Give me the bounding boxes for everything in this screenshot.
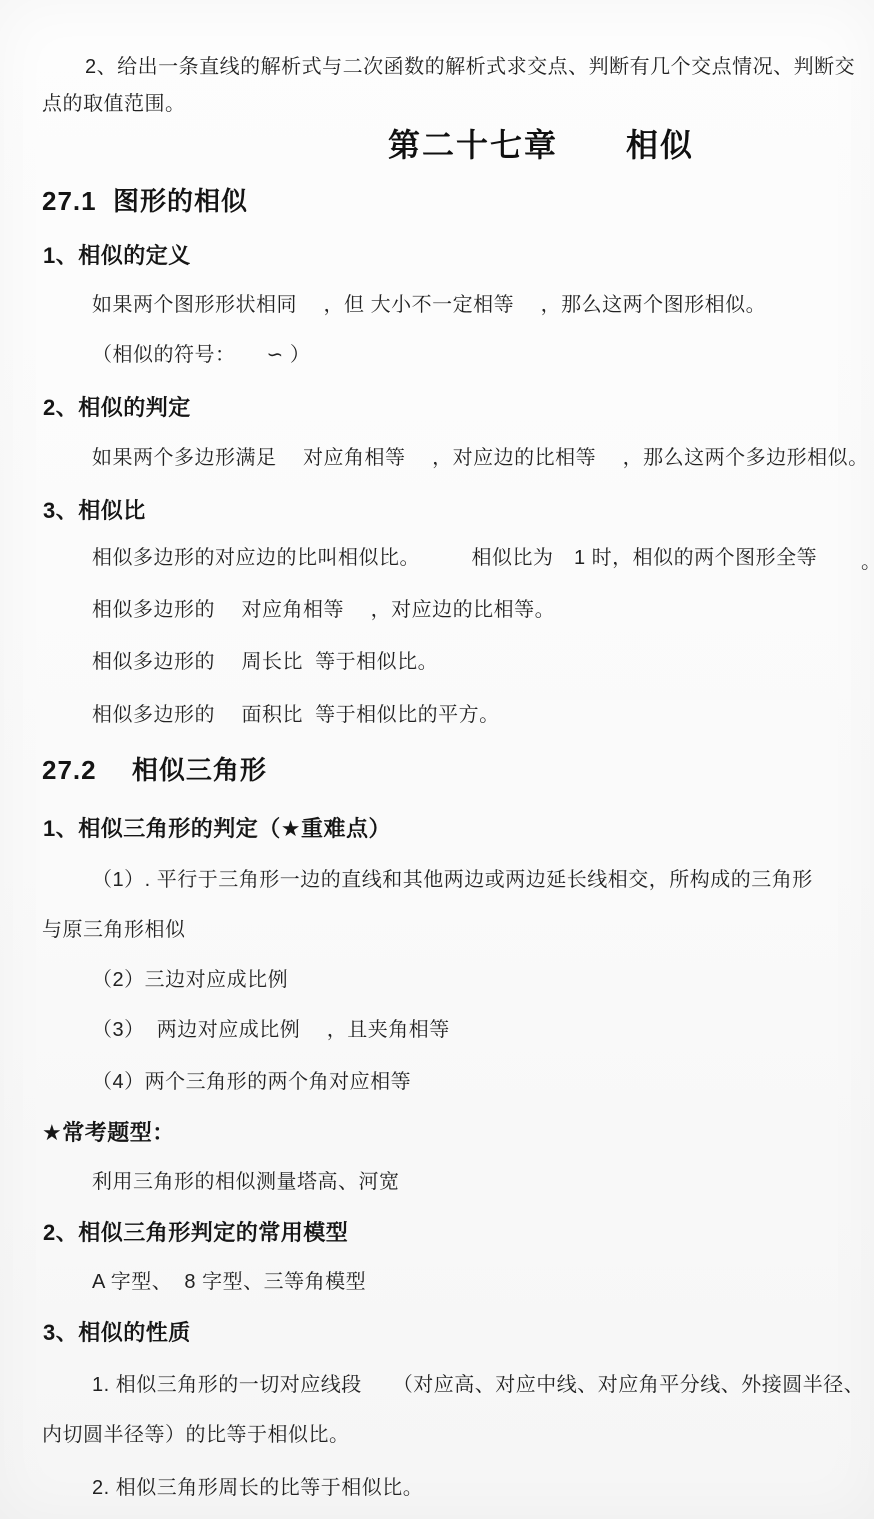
body-text-line: （4）两个三角形的两个角对应相等 xyxy=(92,1070,411,1094)
subsection-heading: 3、相似比 xyxy=(43,498,146,524)
section-heading: 27.1 图形的相似 xyxy=(42,186,248,217)
body-text-line: 相似多边形的 对应角相等 ，对应边的比相等。 xyxy=(92,598,555,622)
body-text-line: （相似的符号： ∽ ） xyxy=(92,343,310,367)
body-text-line: 2. 相似三角形周长的比等于相似比。 xyxy=(92,1476,423,1500)
section-heading: 27.2 相似三角形 xyxy=(42,755,267,786)
subsection-heading: 1、相似三角形的判定（★重难点） xyxy=(43,816,391,842)
body-text-line: A 字型、 8 字型、三等角模型 xyxy=(92,1270,366,1294)
subsection-heading: 2、相似的判定 xyxy=(43,395,191,421)
subsection-heading: 3、相似的性质 xyxy=(43,1320,191,1346)
body-text-line: 1. 相似三角形的一切对应线段 （对应高、对应中线、对应角平分线、外接圆半径、 xyxy=(92,1373,864,1397)
chapter-title: 第二十七章 相似 xyxy=(388,126,694,164)
body-text-line: 内切圆半径等）的比等于相似比。 xyxy=(42,1423,350,1447)
body-text-line: 相似多边形的 周长比 等于相似比。 xyxy=(92,650,438,674)
body-text-line: 与原三角形相似 xyxy=(42,918,186,942)
subsection-heading: 1、相似的定义 xyxy=(43,243,191,269)
subsection-heading: 2、相似三角形判定的常用模型 xyxy=(43,1220,348,1246)
body-text-line: 如果两个多边形满足 对应角相等 ，对应边的比相等 ，那么这两个多边形相似。 xyxy=(92,446,869,470)
body-text-line: 点的取值范围。 xyxy=(42,92,186,116)
body-text-line: 相似多边形的对应边的比叫相似比。 相似比为 1 时，相似的两个图形全等 xyxy=(92,546,817,570)
body-text-line: 如果两个图形形状相同 ，但 大小不一定相等 ，那么这两个图形相似。 xyxy=(92,293,766,317)
body-text-line: 相似多边形的 面积比 等于相似比的平方。 xyxy=(92,703,500,727)
document-page: 2、给出一条直线的解析式与二次函数的解析式求交点、判断有几个交点情况、判断交点的… xyxy=(0,0,874,1519)
body-text-line: 利用三角形的相似测量塔高、河宽 xyxy=(92,1170,400,1194)
body-text-line: （1）. 平行于三角形一边的直线和其他两边或两边延长线相交，所构成的三角形 xyxy=(92,868,813,892)
edge-artifact: 。 xyxy=(861,545,874,574)
body-text-line: 2、给出一条直线的解析式与二次函数的解析式求交点、判断有几个交点情况、判断交 xyxy=(85,55,855,79)
body-text-line: （2）三边对应成比例 xyxy=(92,968,288,992)
body-text-line: （3） 两边对应成比例 ，且夹角相等 xyxy=(92,1018,450,1042)
star-heading: ★常考题型： xyxy=(42,1120,175,1146)
